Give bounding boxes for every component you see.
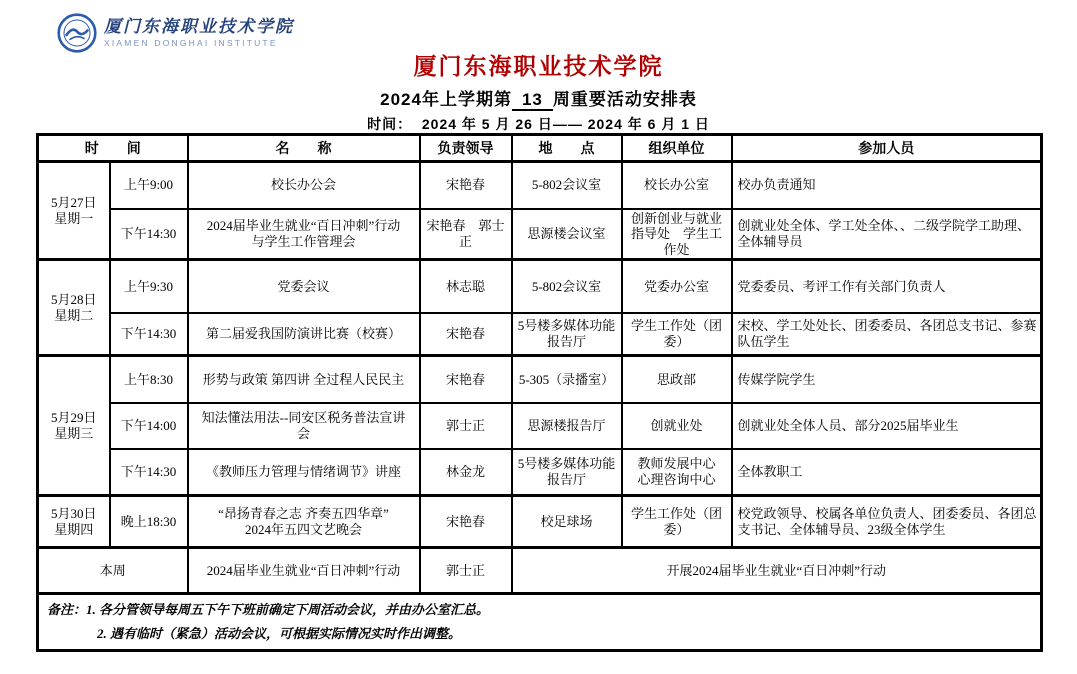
participants-cell: 传媒学院学生 xyxy=(732,356,1042,403)
leader-cell: 宋艳春 xyxy=(420,313,512,356)
page-title: 厦门东海职业技术学院 xyxy=(0,48,1077,81)
participants-cell: 校党政领导、校属各单位负责人、团委委员、各团总支书记、全体辅导员、23级全体学生 xyxy=(732,496,1042,548)
participants-cell: 宋校、学工处处长、团委委员、各团总支书记、参赛队伍学生 xyxy=(732,313,1042,356)
notes-row: 备注：1. 各分管领导每周五下午下班前确定下周活动会议，并由办公室汇总。2. 遇… xyxy=(38,594,1042,651)
event-name-cell: “昂扬青春之志 齐奏五四华章” 2024年五四文艺晚会 xyxy=(188,496,420,548)
participants-cell: 校办负责通知 xyxy=(732,162,1042,209)
event-name-cell: 校长办公会 xyxy=(188,162,420,209)
time-cell: 下午14:00 xyxy=(110,403,188,449)
school-logo: 厦门东海职业技术学院 XIAMEN DONGHAI INSTITUTE xyxy=(57,13,294,53)
table-row: 下午14:30《教师压力管理与情绪调节》讲座林金龙5号楼多媒体功能 报告厅教师发… xyxy=(38,449,1042,496)
place-cell: 思源楼报告厅 xyxy=(512,403,622,449)
event-name-cell: 形势与政策 第四讲 全过程人民民主 xyxy=(188,356,420,403)
header-participants: 参加人员 xyxy=(732,135,1042,162)
org-cell: 创就业处 xyxy=(622,403,732,449)
subtitle-suffix: 周重要活动安排表 xyxy=(553,90,697,109)
date-cell: 5月29日 星期三 xyxy=(38,356,110,496)
table-row: 5月27日 星期一上午9:00校长办公会宋艳春5-802会议室校长办公室校办负责… xyxy=(38,162,1042,209)
time-cell: 下午14:30 xyxy=(110,313,188,356)
leader-cell: 宋艳春 xyxy=(420,162,512,209)
document-page: 厦门东海职业技术学院 XIAMEN DONGHAI INSTITUTE 厦门东海… xyxy=(0,0,1077,674)
table-row: 5月30日 星期四晚上18:30“昂扬青春之志 齐奏五四华章” 2024年五四文… xyxy=(38,496,1042,548)
date-cell: 5月27日 星期一 xyxy=(38,162,110,260)
notes-cell: 备注：1. 各分管领导每周五下午下班前确定下周活动会议，并由办公室汇总。2. 遇… xyxy=(38,594,1042,651)
date-range: 时间： 2024 年 5 月 26 日—— 2024 年 6 月 1 日 xyxy=(0,114,1077,134)
place-cell: 5号楼多媒体功能 报告厅 xyxy=(512,313,622,356)
place-cell: 5-305（录播室） xyxy=(512,356,622,403)
time-cell: 晚上18:30 xyxy=(110,496,188,548)
schedule-table: 时 间名 称负责领导地 点组织单位参加人员5月27日 星期一上午9:00校长办公… xyxy=(36,133,1043,652)
subtitle-prefix: 2024年上学期第 xyxy=(380,90,512,109)
event-name-cell: 2024届毕业生就业“百日冲刺”行动 xyxy=(188,548,420,594)
participants-cell: 创就业处全体、学工处全体、、二级学院学工助理、全体辅导员 xyxy=(732,209,1042,260)
org-cell: 创新创业与就业 指导处 学生工 作处 xyxy=(622,209,732,260)
org-cell: 校长办公室 xyxy=(622,162,732,209)
table-row: 5月28日 星期二上午9:30党委会议林志聪5-802会议室党委办公室党委委员、… xyxy=(38,260,1042,313)
table-row: 5月29日 星期三上午8:30形势与政策 第四讲 全过程人民民主宋艳春5-305… xyxy=(38,356,1042,403)
note-line-1: 备注：1. 各分管领导每周五下午下班前确定下周活动会议，并由办公室汇总。 xyxy=(47,602,1034,618)
place-cell: 校足球场 xyxy=(512,496,622,548)
leader-cell: 宋艳春 郭士 正 xyxy=(420,209,512,260)
event-name-cell: 党委会议 xyxy=(188,260,420,313)
place-cell: 5号楼多媒体功能 报告厅 xyxy=(512,449,622,496)
participants-cell: 全体教职工 xyxy=(732,449,1042,496)
table-row: 下午14:302024届毕业生就业“百日冲刺”行动 与学生工作管理会宋艳春 郭士… xyxy=(38,209,1042,260)
note-line-2: 2. 遇有临时（紧急）活动会议，可根据实际情况实时作出调整。 xyxy=(47,626,1034,642)
date-cell: 5月28日 星期二 xyxy=(38,260,110,356)
event-name-cell: 第二届爱我国防演讲比赛（校赛） xyxy=(188,313,420,356)
school-emblem-icon xyxy=(57,13,97,53)
week-summary-cell: 开展2024届毕业生就业“百日冲刺”行动 xyxy=(512,548,1042,594)
leader-cell: 郭士正 xyxy=(420,403,512,449)
week-number: 13 xyxy=(512,90,553,111)
week-label-cell: 本周 xyxy=(38,548,188,594)
org-cell: 思政部 xyxy=(622,356,732,403)
leader-cell: 林金龙 xyxy=(420,449,512,496)
logo-name-en: XIAMEN DONGHAI INSTITUTE xyxy=(104,39,294,48)
org-cell: 学生工作处（团 委） xyxy=(622,496,732,548)
header-place: 地 点 xyxy=(512,135,622,162)
header-name: 名 称 xyxy=(188,135,420,162)
place-cell: 5-802会议室 xyxy=(512,162,622,209)
header-org: 组织单位 xyxy=(622,135,732,162)
logo-text: 厦门东海职业技术学院 XIAMEN DONGHAI INSTITUTE xyxy=(104,18,294,48)
table-header-row: 时 间名 称负责领导地 点组织单位参加人员 xyxy=(38,135,1042,162)
page-subtitle: 2024年上学期第13周重要活动安排表 xyxy=(0,85,1077,110)
event-name-cell: 2024届毕业生就业“百日冲刺”行动 与学生工作管理会 xyxy=(188,209,420,260)
leader-cell: 宋艳春 xyxy=(420,356,512,403)
date-cell: 5月30日 星期四 xyxy=(38,496,110,548)
time-cell: 下午14:30 xyxy=(110,449,188,496)
leader-cell: 林志聪 xyxy=(420,260,512,313)
place-cell: 思源楼会议室 xyxy=(512,209,622,260)
event-name-cell: 知法懂法用法--同安区税务普法宣讲 会 xyxy=(188,403,420,449)
header-leader: 负责领导 xyxy=(420,135,512,162)
org-cell: 教师发展中心 心理咨询中心 xyxy=(622,449,732,496)
header-time: 时 间 xyxy=(38,135,188,162)
place-cell: 5-802会议室 xyxy=(512,260,622,313)
table-row: 下午14:30第二届爱我国防演讲比赛（校赛）宋艳春5号楼多媒体功能 报告厅学生工… xyxy=(38,313,1042,356)
time-cell: 上午9:00 xyxy=(110,162,188,209)
time-cell: 下午14:30 xyxy=(110,209,188,260)
week-row: 本周2024届毕业生就业“百日冲刺”行动郭士正开展2024届毕业生就业“百日冲刺… xyxy=(38,548,1042,594)
logo-name-zh: 厦门东海职业技术学院 xyxy=(104,18,294,37)
leader-cell: 宋艳春 xyxy=(420,496,512,548)
time-cell: 上午9:30 xyxy=(110,260,188,313)
org-cell: 学生工作处（团 委） xyxy=(622,313,732,356)
table-row: 下午14:00知法懂法用法--同安区税务普法宣讲 会郭士正思源楼报告厅创就业处创… xyxy=(38,403,1042,449)
time-cell: 上午8:30 xyxy=(110,356,188,403)
org-cell: 党委办公室 xyxy=(622,260,732,313)
event-name-cell: 《教师压力管理与情绪调节》讲座 xyxy=(188,449,420,496)
participants-cell: 创就业处全体人员、部分2025届毕业生 xyxy=(732,403,1042,449)
leader-cell: 郭士正 xyxy=(420,548,512,594)
participants-cell: 党委委员、考评工作有关部门负责人 xyxy=(732,260,1042,313)
